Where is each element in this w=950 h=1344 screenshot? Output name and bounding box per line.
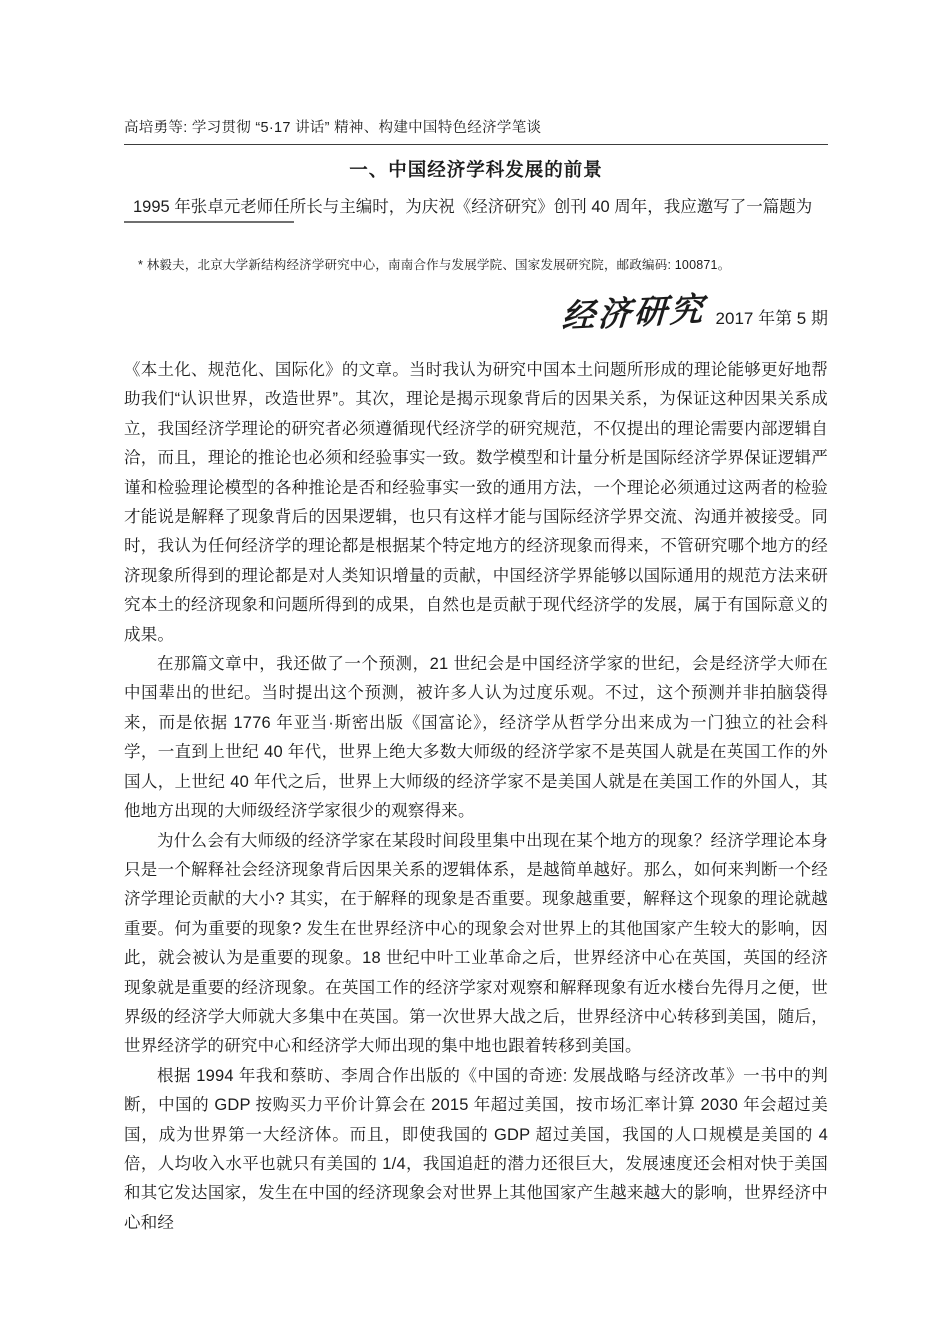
footnote-separator-rule <box>124 221 294 223</box>
document-page: 高培勇等: 学习贯彻 “5·17 讲话” 精神、构建中国特色经济学笔谈 一、中国… <box>0 0 950 1344</box>
body-paragraph-3: 为什么会有大师级的经济学家在某段时间段里集中出现在某个地方的现象？经济学理论本身… <box>124 827 828 1062</box>
body-paragraph-4: 根据 1994 年我和蔡昉、李周合作出版的《中国的奇迹: 发展战略与经济改革》一… <box>124 1062 828 1238</box>
body-text-block: 《本土化、规范化、国际化》的文章。当时我认为研究中国本土问题所形成的理论能够更好… <box>124 356 828 1238</box>
intro-paragraph: 1995 年张卓元老师任所长与主编时，为庆祝《经济研究》创刊 40 周年，我应邀… <box>124 196 828 218</box>
header-rule <box>124 144 828 145</box>
running-header: 高培勇等: 学习贯彻 “5·17 讲话” 精神、构建中国特色经济学笔谈 <box>124 116 828 137</box>
journal-logo-calligraphy: 经济研究 <box>561 283 707 338</box>
journal-banner: 经济研究 2017 年第 5 期 <box>124 287 828 333</box>
section-title: 一、中国经济学科发展的前景 <box>124 156 828 182</box>
body-paragraph-1: 《本土化、规范化、国际化》的文章。当时我认为研究中国本土问题所形成的理论能够更好… <box>124 356 828 650</box>
footnote-text: * 林毅夫，北京大学新结构经济学研究中心，南南合作与发展学院、国家发展研究院，邮… <box>124 255 828 273</box>
journal-issue-label: 2017 年第 5 期 <box>716 304 828 329</box>
body-paragraph-2: 在那篇文章中，我还做了一个预测，21 世纪会是中国经济学家的世纪，会是经济学大师… <box>124 650 828 826</box>
